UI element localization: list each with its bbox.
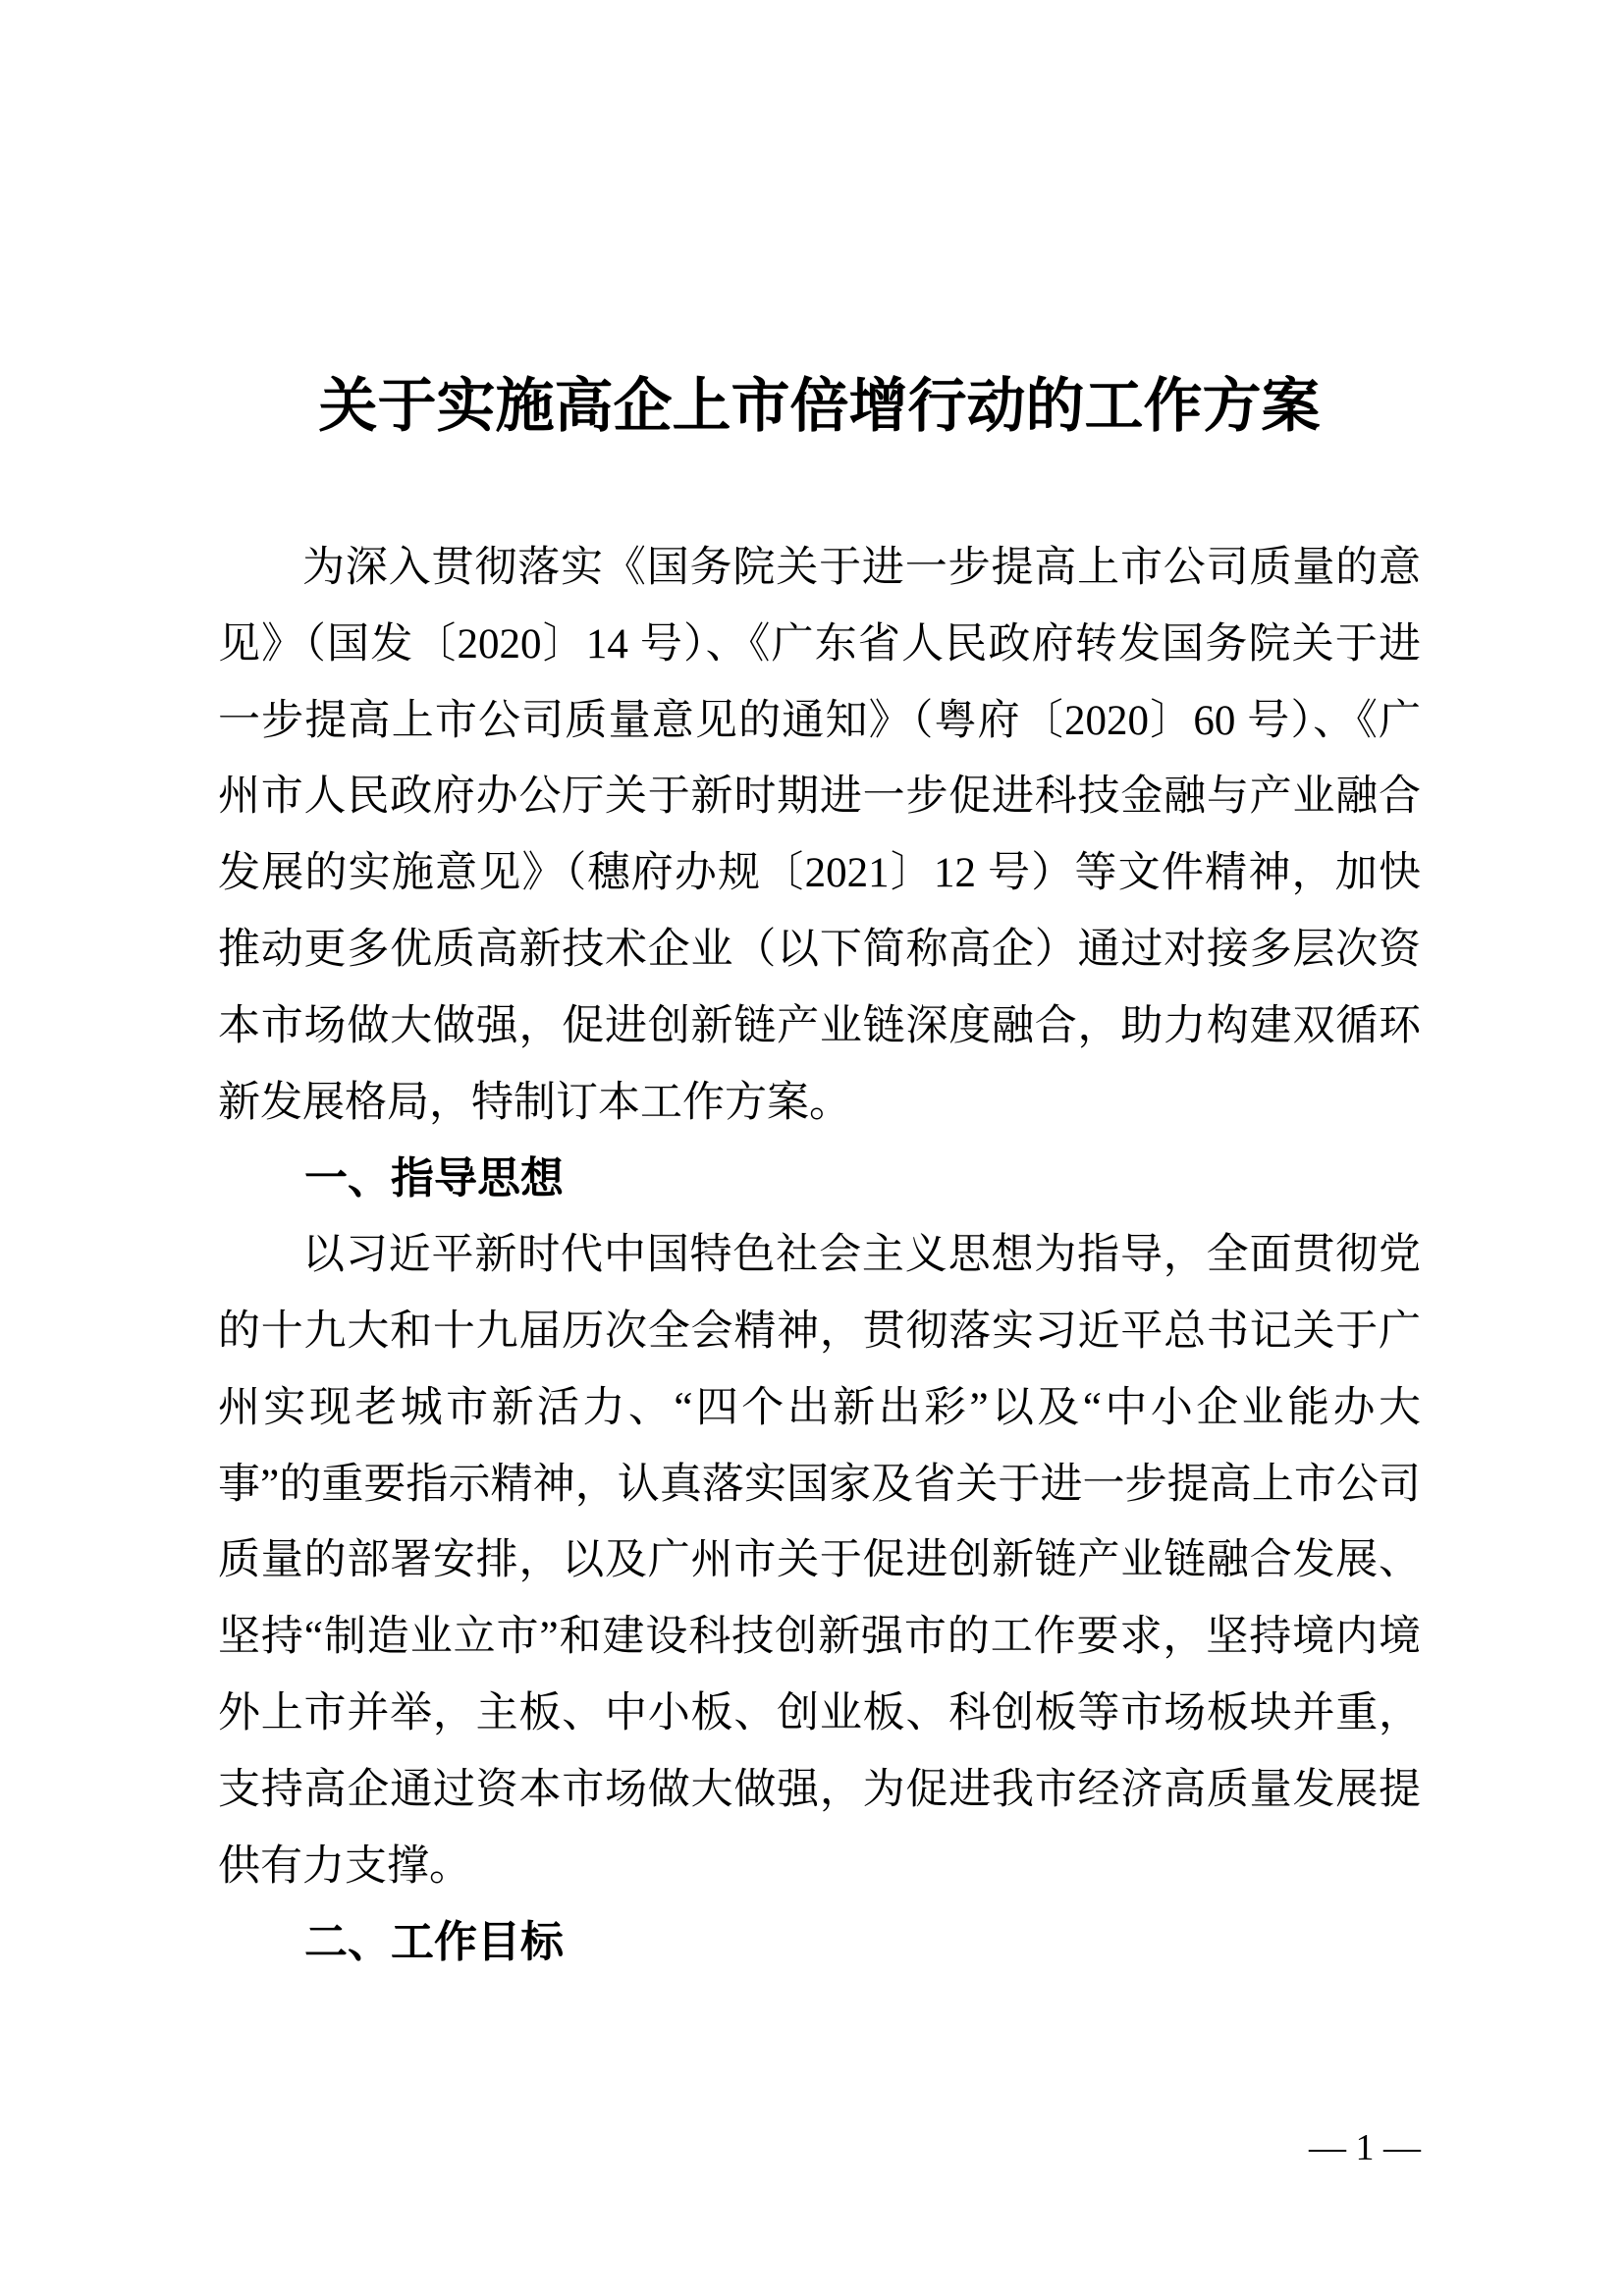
document-title: 关于实施高企上市倍增行动的工作方案 (218, 359, 1421, 454)
body-paragraph: 为深入贯彻落实《国务院关于进一步提高上市公司质量的意见》（国发〔2020〕14 … (218, 530, 1421, 1141)
body-paragraph: 以习近平新时代中国特色社会主义思想为指导，全面贯彻党的十九大和十九届历次全会精神… (218, 1217, 1421, 1904)
document-body: 为深入贯彻落实《国务院关于进一步提高上市公司质量的意见》（国发〔2020〕14 … (218, 530, 1421, 1981)
section-heading: 二、工作目标 (218, 1904, 1421, 1981)
document-page: 关于实施高企上市倍增行动的工作方案 为深入贯彻落实《国务院关于进一步提高上市公司… (0, 0, 1624, 2296)
section-heading: 一、指导思想 (218, 1141, 1421, 1217)
page-number: — 1 — (1309, 2126, 1421, 2169)
